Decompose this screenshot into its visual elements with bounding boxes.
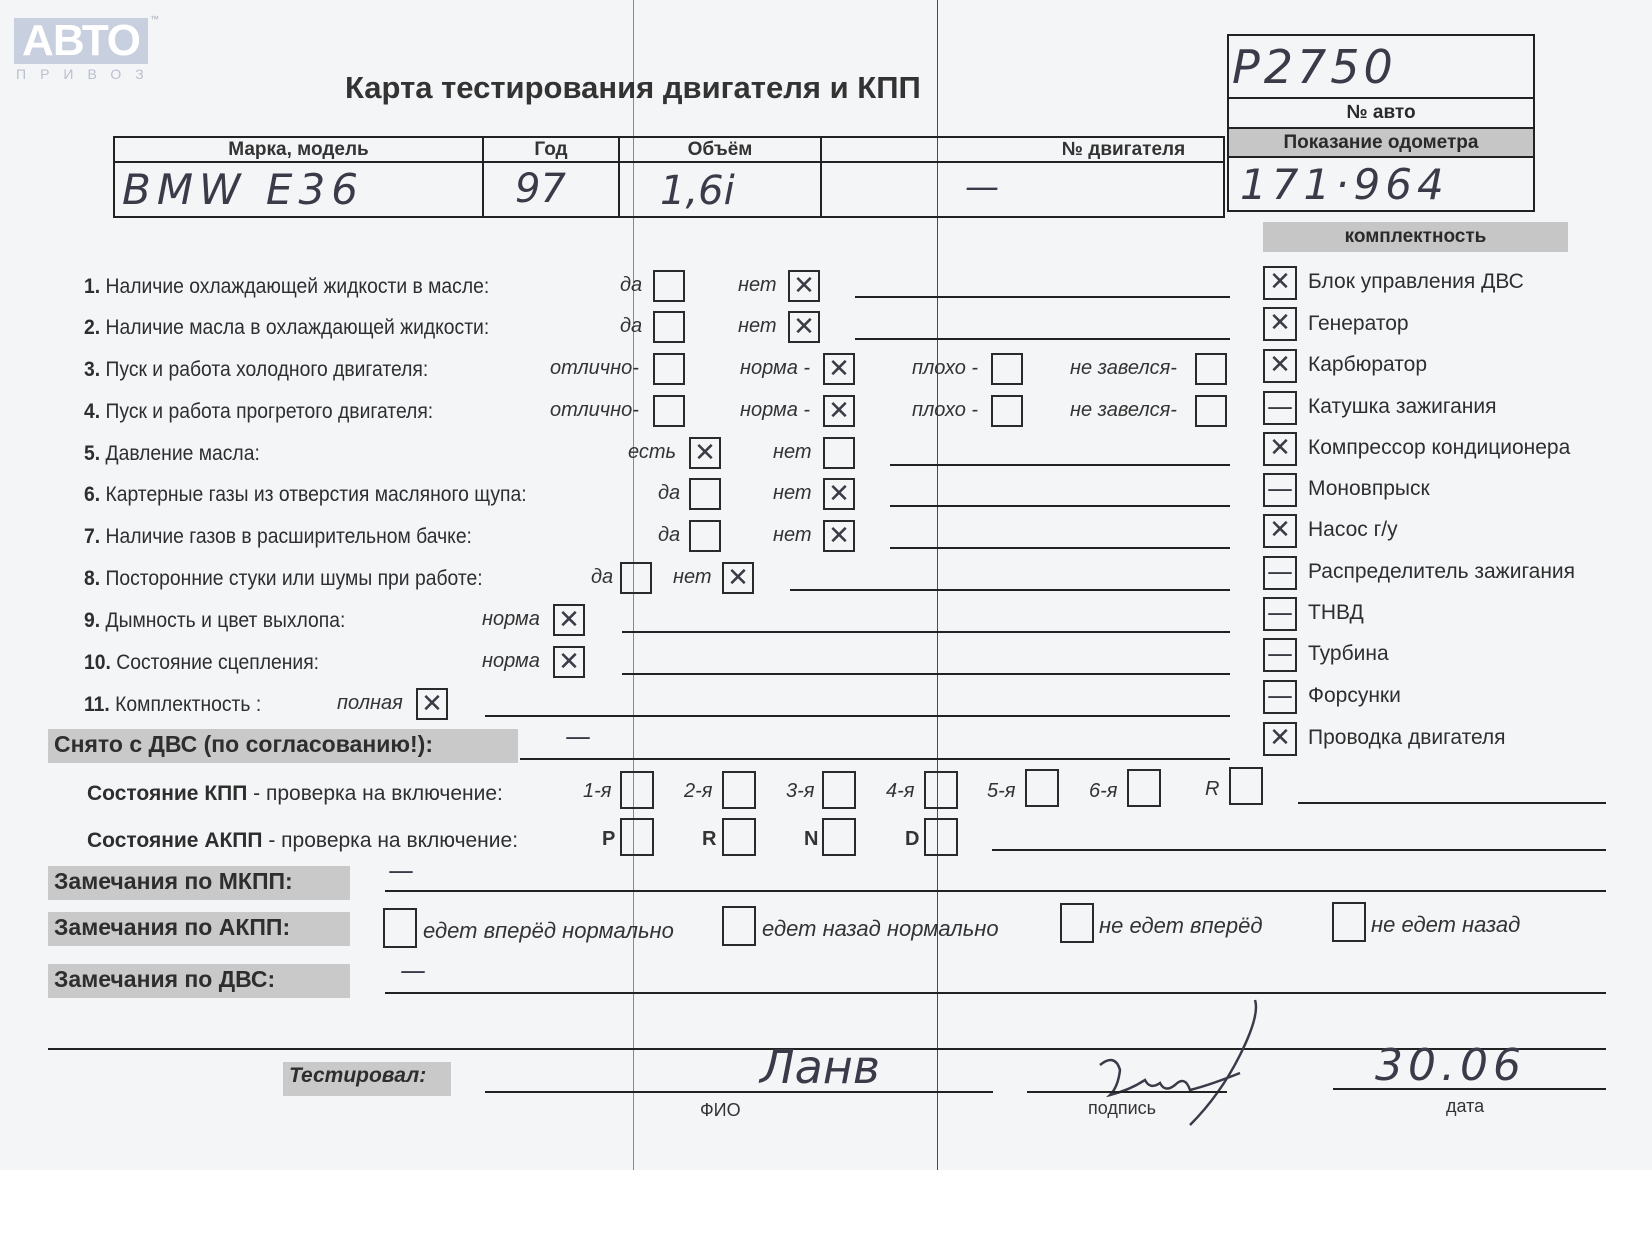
turbo-checkbox[interactable]: —: [1263, 638, 1297, 672]
car-number-label: № авто: [1227, 99, 1535, 127]
check-7: 7. Наличие газов в расширительном бачке:: [84, 525, 472, 549]
check-1-no-label: нет: [738, 274, 777, 297]
ecu-checkbox[interactable]: ✕: [1263, 266, 1297, 300]
gear-5-checkbox[interactable]: [1025, 769, 1059, 807]
injectors-checkbox[interactable]: —: [1263, 680, 1297, 714]
check-1: 1. Наличие охлаждающей жидкости в масле:: [84, 275, 489, 299]
injection-pump-checkbox[interactable]: —: [1263, 597, 1297, 631]
manual-gearbox-label: Состояние КПП - проверка на включение:: [87, 782, 503, 806]
distributor-label: Распределитель зажигания: [1308, 560, 1575, 584]
ac-compressor-label: Компрессор кондиционера: [1308, 436, 1570, 460]
akpp-n-label: N: [804, 828, 818, 851]
gear-6-checkbox[interactable]: [1127, 769, 1161, 807]
check-11-full-checkbox[interactable]: ✕: [416, 688, 448, 720]
ac-compressor-checkbox[interactable]: ✕: [1263, 432, 1297, 466]
make-model-value[interactable]: BMW E36: [122, 162, 472, 218]
check-7-yes-checkbox[interactable]: [689, 520, 721, 552]
check-11-full-label: полная: [337, 692, 403, 715]
no-forward-label: не едет вперёд: [1099, 913, 1263, 939]
automatic-gearbox-remarks-label: Замечания по АКПП:: [48, 912, 350, 946]
gear-2-label: 2-я: [684, 780, 712, 803]
engine-wiring-checkbox[interactable]: ✕: [1263, 722, 1297, 756]
check-3-normal-label: норма -: [740, 357, 810, 380]
power-steering-pump-checkbox[interactable]: ✕: [1263, 514, 1297, 548]
check-9-normal-checkbox[interactable]: ✕: [553, 604, 585, 636]
check-8-no-checkbox[interactable]: ✕: [722, 562, 754, 594]
check-6-yes-checkbox[interactable]: [689, 478, 721, 510]
mono-injection-label: Моновпрыск: [1308, 477, 1430, 501]
check-4-normal-checkbox[interactable]: ✕: [823, 395, 855, 427]
check-3: 3. Пуск и работа холодного двигателя:: [84, 358, 428, 382]
odometer-value[interactable]: 171·964: [1240, 160, 1449, 209]
check-3-excellent-label: отлично-: [550, 357, 639, 380]
ecu-label: Блок управления ДВС: [1308, 270, 1524, 294]
akpp-d-checkbox[interactable]: [924, 818, 958, 856]
gear-3-checkbox[interactable]: [822, 771, 856, 809]
carburetor-checkbox[interactable]: ✕: [1263, 349, 1297, 383]
date-caption: дата: [1446, 1096, 1484, 1117]
check-4-not-started-checkbox[interactable]: [1195, 395, 1227, 427]
check-2-no-label: нет: [738, 315, 777, 338]
engine-remarks-value[interactable]: —: [400, 956, 426, 986]
engine-number-value[interactable]: —: [965, 162, 1065, 218]
ignition-coil-checkbox[interactable]: —: [1263, 391, 1297, 425]
removed-from-engine-value[interactable]: —: [565, 722, 591, 752]
gear-r-checkbox[interactable]: [1229, 767, 1263, 805]
akpp-p-label: P: [602, 828, 615, 851]
forward-ok-checkbox[interactable]: [383, 908, 417, 948]
gear-6-label: 6-я: [1089, 780, 1117, 803]
check-4: 4. Пуск и работа прогретого двигателя:: [84, 400, 433, 424]
engine-number-header: № двигателя: [822, 136, 1225, 162]
completeness-title: комплектность: [1263, 222, 1568, 252]
check-4-bad-label: плохо -: [912, 399, 978, 422]
check-6: 6. Картерные газы из отверстия масляного…: [84, 483, 527, 507]
check-3-excellent-checkbox[interactable]: [653, 353, 685, 385]
check-10-normal-checkbox[interactable]: ✕: [553, 646, 585, 678]
check-5-present-checkbox[interactable]: ✕: [689, 437, 721, 469]
check-2-yes-label: да: [620, 315, 642, 338]
check-9-normal-label: норма: [482, 608, 540, 631]
gear-4-checkbox[interactable]: [924, 771, 958, 809]
check-8-yes-label: да: [591, 566, 613, 589]
gear-r-label: R: [1205, 778, 1219, 801]
akpp-r-checkbox[interactable]: [722, 818, 756, 856]
automatic-gearbox-label: Состояние АКПП - проверка на включение:: [87, 829, 518, 853]
gear-1-label: 1-я: [583, 780, 611, 803]
check-8: 8. Посторонние стуки или шумы при работе…: [84, 567, 483, 591]
no-backward-checkbox[interactable]: [1332, 902, 1366, 942]
removed-from-engine-label: Снято с ДВС (по согласованию!):: [48, 729, 518, 763]
page-title: Карта тестирования двигателя и КПП: [345, 70, 921, 106]
injectors-label: Форсунки: [1308, 684, 1401, 708]
akpp-d-label: D: [905, 828, 919, 851]
akpp-r-label: R: [702, 828, 716, 851]
check-2: 2. Наличие масла в охлаждающей жидкости:: [84, 316, 489, 340]
signature-caption: подпись: [1088, 1098, 1156, 1119]
tested-by-label: Тестировал:: [283, 1062, 451, 1096]
check-4-bad-checkbox[interactable]: [991, 395, 1023, 427]
gear-3-label: 3-я: [786, 780, 814, 803]
check-3-normal-checkbox[interactable]: ✕: [823, 353, 855, 385]
check-6-no-label: нет: [773, 482, 812, 505]
gear-4-label: 4-я: [886, 780, 914, 803]
year-value[interactable]: 97: [515, 162, 615, 218]
backward-ok-label: едет назад нормально: [762, 916, 999, 942]
manual-gearbox-remarks-label: Замечания по МКПП:: [48, 866, 350, 900]
check-1-yes-label: да: [620, 274, 642, 297]
check-9: 9. Дымность и цвет выхлопа:: [84, 609, 345, 633]
gear-1-checkbox[interactable]: [620, 771, 654, 809]
turbo-label: Турбина: [1308, 642, 1389, 666]
check-5-absent-label: нет: [773, 441, 812, 464]
engine-remarks-label: Замечания по ДВС:: [48, 964, 350, 998]
no-forward-checkbox[interactable]: [1060, 903, 1094, 943]
generator-label: Генератор: [1308, 312, 1409, 336]
brand-subtitle: ПРИВОЗ: [16, 66, 158, 82]
check-10: 10. Состояние сцепления:: [84, 651, 319, 675]
check-7-no-label: нет: [773, 524, 812, 547]
no-backward-label: не едет назад: [1371, 912, 1520, 938]
check-3-bad-checkbox[interactable]: [991, 353, 1023, 385]
check-5-present-label: есть: [628, 441, 676, 464]
volume-value[interactable]: 1,6i: [660, 162, 810, 218]
check-1-no-checkbox[interactable]: ✕: [788, 270, 820, 302]
power-steering-pump-label: Насос г/у: [1308, 518, 1398, 542]
check-5-absent-checkbox[interactable]: [823, 437, 855, 469]
check-4-not-started-label: не завелся-: [1070, 399, 1177, 422]
name-caption: ФИО: [700, 1100, 741, 1121]
check-7-yes-label: да: [658, 524, 680, 547]
check-3-not-started-label: не завелся-: [1070, 357, 1177, 380]
check-2-no-checkbox[interactable]: ✕: [788, 311, 820, 343]
gear-2-checkbox[interactable]: [722, 771, 756, 809]
date-value[interactable]: 30.06: [1375, 1040, 1526, 1091]
volume-header: Объём: [620, 136, 820, 162]
check-3-not-started-checkbox[interactable]: [1195, 353, 1227, 385]
check-1-yes-checkbox[interactable]: [653, 270, 685, 302]
check-4-normal-label: норма -: [740, 399, 810, 422]
ignition-coil-label: Катушка зажигания: [1308, 395, 1496, 419]
carburetor-label: Карбюратор: [1308, 353, 1427, 377]
check-5: 5. Давление масла:: [84, 442, 260, 466]
distributor-checkbox[interactable]: —: [1263, 556, 1297, 590]
check-10-normal-label: норма: [482, 650, 540, 673]
year-header: Год: [484, 136, 618, 162]
check-7-no-checkbox[interactable]: ✕: [823, 520, 855, 552]
backward-ok-checkbox[interactable]: [722, 906, 756, 946]
check-4-excellent-checkbox[interactable]: [653, 395, 685, 427]
forward-ok-label: едет вперёд нормально: [423, 918, 674, 944]
odometer-label: Показание одометра: [1229, 129, 1533, 156]
mono-injection-checkbox[interactable]: —: [1263, 473, 1297, 507]
check-6-no-checkbox[interactable]: ✕: [823, 478, 855, 510]
akpp-n-checkbox[interactable]: [822, 818, 856, 856]
check-4-excellent-label: отлично-: [550, 399, 639, 422]
trademark-mark: ™: [150, 14, 159, 24]
make-model-header: Марка, модель: [115, 136, 482, 162]
akpp-p-checkbox[interactable]: [620, 818, 654, 856]
check-6-yes-label: да: [658, 482, 680, 505]
injection-pump-label: ТНВД: [1308, 601, 1364, 625]
gear-5-label: 5-я: [987, 780, 1015, 803]
brand-logo: АВТО: [14, 18, 148, 64]
check-2-yes-checkbox[interactable]: [653, 311, 685, 343]
check-3-bad-label: плохо -: [912, 357, 978, 380]
tester-name-value[interactable]: Ланв: [760, 1040, 880, 1094]
generator-checkbox[interactable]: ✕: [1263, 307, 1297, 341]
manual-gearbox-remarks-value[interactable]: —: [388, 856, 414, 886]
check-11: 11. Комплектность :: [84, 693, 261, 717]
engine-wiring-label: Проводка двигателя: [1308, 726, 1506, 750]
test-card-sheet: АВТО ™ ПРИВОЗ Карта тестирования двигате…: [0, 0, 1652, 1170]
check-8-no-label: нет: [673, 566, 712, 589]
check-8-yes-checkbox[interactable]: [620, 562, 652, 594]
car-number-value[interactable]: P2750: [1232, 40, 1397, 94]
